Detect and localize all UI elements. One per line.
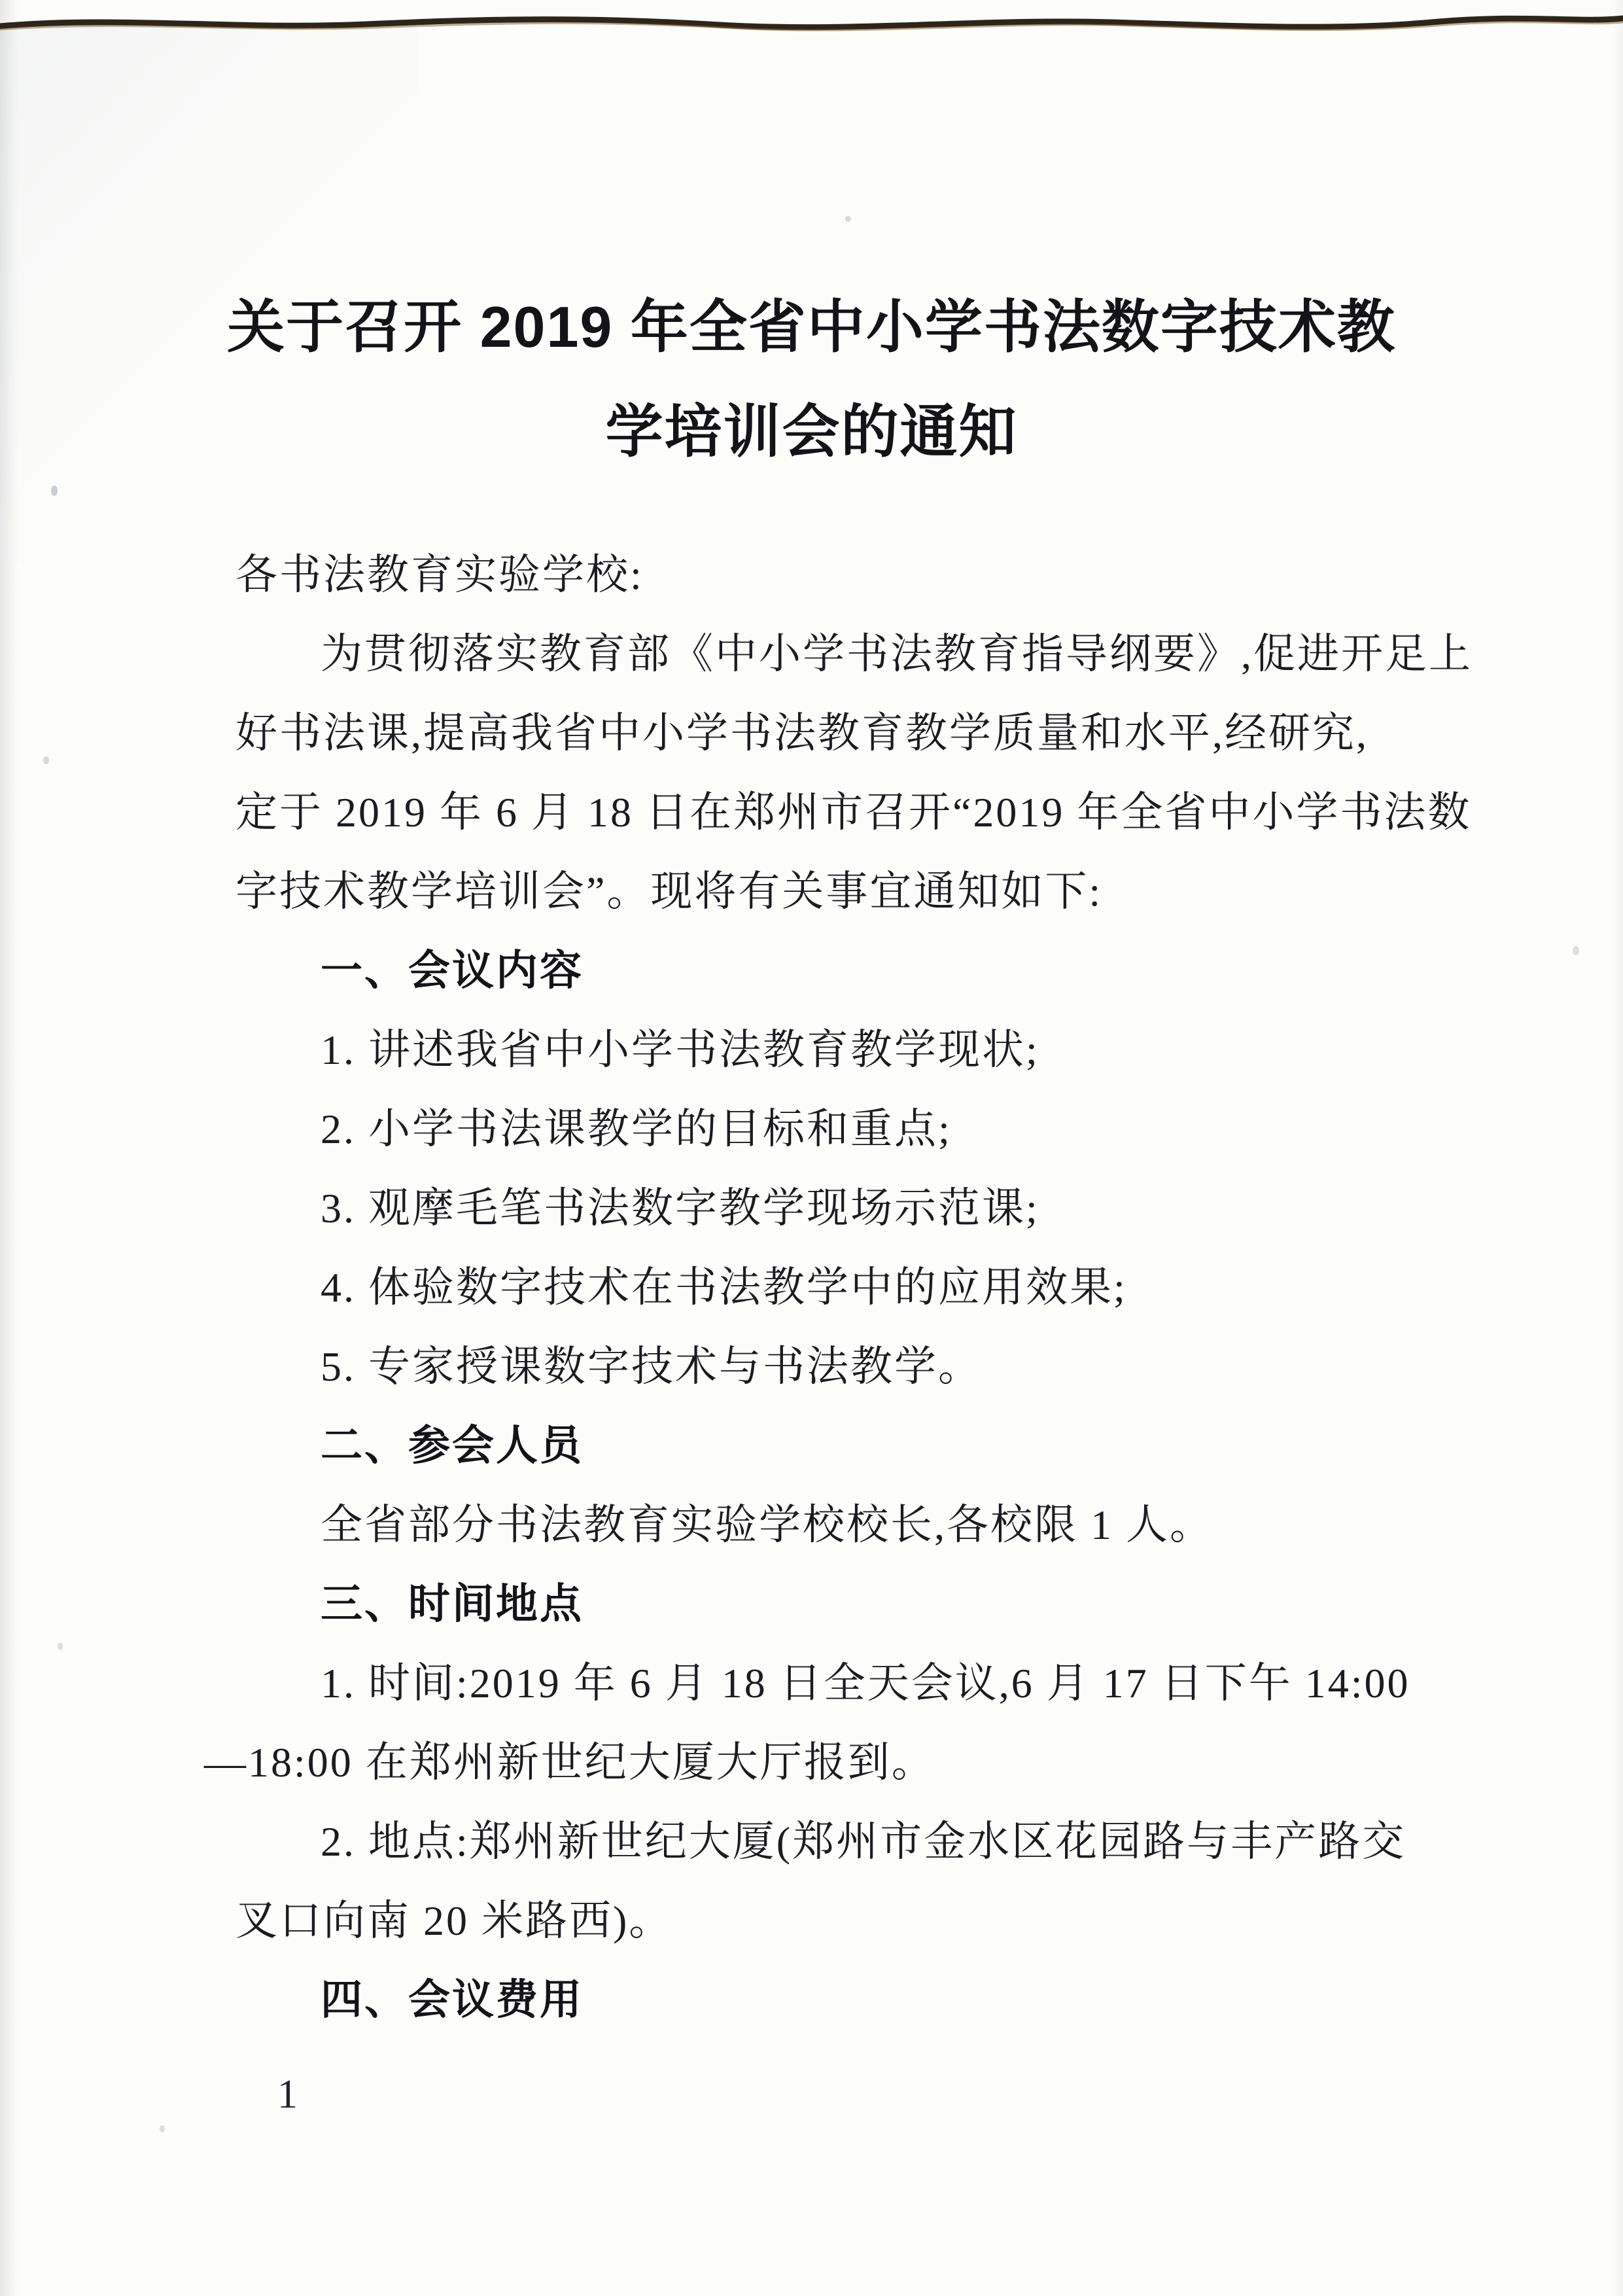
body-line: 四、会议费用 (236, 1960, 1465, 2040)
scan-paper-edge (0, 0, 1623, 39)
scan-speck (58, 1642, 63, 1650)
body-line: 2. 小学书法课教学的目标和重点; (236, 1089, 1465, 1169)
scan-speck (43, 756, 49, 764)
scanned-notice-page: 关于召开 2019 年全省中小学书法数字技术教 学培训会的通知 各书法教育实验学… (0, 0, 1623, 2296)
body-line: 全省部分书法教育实验学校校长,各校限 1 人。 (236, 1485, 1465, 1564)
body-line: 1. 讲述我省中小学书法教育教学现状; (236, 1010, 1465, 1089)
body-line: 叉口向南 20 米路西)。 (236, 1881, 1465, 1960)
body-line: 定于 2019 年 6 月 18 日在郑州市召开“2019 年全省中小学书法数 (236, 773, 1465, 852)
body-line: 好书法课,提高我省中小学书法教育教学质量和水平,经研究, (236, 694, 1465, 773)
document-body: 各书法教育实验学校:为贯彻落实教育部《中小学书法教育指导纲要》,促进开足上好书法… (236, 535, 1465, 2040)
body-line: 一、会议内容 (236, 931, 1465, 1010)
body-line: 三、时间地点 (236, 1564, 1465, 1644)
body-line: 1. 时间:2019 年 6 月 18 日全天会议,6 月 17 日下午 14:… (236, 1644, 1465, 1723)
scan-speck (160, 2125, 165, 2132)
body-line: 2. 地点:郑州新世纪大厦(郑州市金水区花园路与丰产路交 (236, 1802, 1465, 1881)
document-title-line-2: 学培训会的通知 (0, 380, 1623, 484)
body-line: —18:00 在郑州新世纪大厦大厅报到。 (204, 1723, 1465, 1802)
body-line: 4. 体验数字技术在书法教学中的应用效果; (236, 1248, 1465, 1327)
body-line: 3. 观摩毛笔书法数字教学现场示范课; (236, 1169, 1465, 1248)
scan-speck (845, 216, 851, 222)
document-title-line-1: 关于召开 2019 年全省中小学书法数字技术教 (0, 275, 1623, 380)
body-line: 各书法教育实验学校: (236, 535, 1465, 614)
body-line: 为贯彻落实教育部《中小学书法教育指导纲要》,促进开足上 (236, 614, 1465, 694)
body-line: 5. 专家授课数字技术与书法教学。 (236, 1327, 1465, 1406)
body-line: 字技术教学培训会”。现将有关事宜通知如下: (236, 852, 1465, 931)
scan-speck (1573, 946, 1579, 955)
body-line: 二、参会人员 (236, 1406, 1465, 1485)
document-title: 关于召开 2019 年全省中小学书法数字技术教 学培训会的通知 (0, 275, 1623, 484)
page-number: 1 (277, 2074, 298, 2115)
scan-speck (51, 486, 58, 496)
